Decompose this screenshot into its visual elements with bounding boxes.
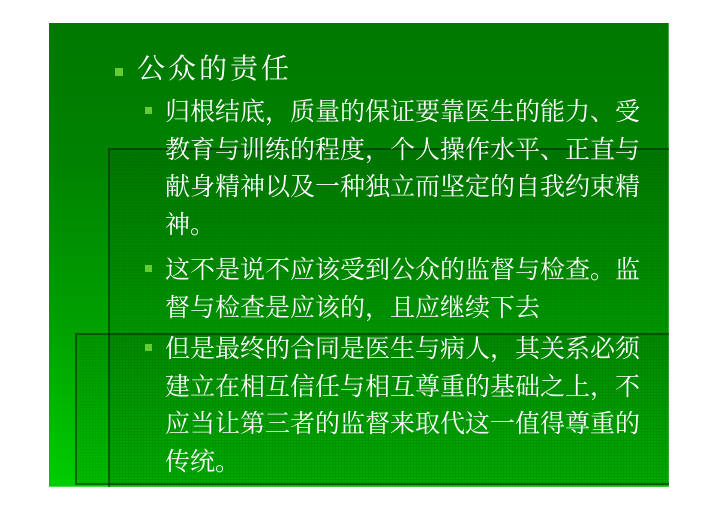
bullet-square-icon xyxy=(145,107,152,114)
bullet-square-icon xyxy=(145,344,152,351)
bullet-paragraph: 但是最终的合同是医生与病人，其关系必须建立在相互信任与相互尊重的基础之上，不应当… xyxy=(165,331,640,481)
text-line: 督与检查是应该的，且应继续下去 xyxy=(165,290,640,328)
text-line: 教育与训练的程度，个人操作水平、正直与 xyxy=(165,132,640,170)
text-line: 建立在相互信任与相互尊重的基础之上，不 xyxy=(165,369,640,407)
page-background: 公众的责任 归根结底，质量的保证要靠医生的能力、受教育与训练的程度，个人操作水平… xyxy=(0,0,720,509)
text-line: 但是最终的合同是医生与病人，其关系必须 xyxy=(165,331,640,369)
bullet-square-icon xyxy=(115,68,123,76)
text-line: 献身精神以及一种独立而坚定的自我约束精 xyxy=(165,169,640,207)
text-line: 神。 xyxy=(165,207,640,245)
text-line: 归根结底，质量的保证要靠医生的能力、受 xyxy=(165,94,640,132)
text-line: 这不是说不应该受到公众的监督与检查。监 xyxy=(165,252,640,290)
text-line: 应当让第三者的监督来取代这一值得尊重的 xyxy=(165,406,640,444)
bullet-paragraph: 归根结底，质量的保证要靠医生的能力、受教育与训练的程度，个人操作水平、正直与献身… xyxy=(165,94,640,244)
text-line: 传统。 xyxy=(165,444,640,482)
slide-canvas: 公众的责任 归根结底，质量的保证要靠医生的能力、受教育与训练的程度，个人操作水平… xyxy=(49,23,669,487)
slide-title: 公众的责任 xyxy=(137,53,292,87)
bullet-square-icon xyxy=(145,265,152,272)
bullet-paragraph: 这不是说不应该受到公众的监督与检查。监督与检查是应该的，且应继续下去 xyxy=(165,252,640,327)
